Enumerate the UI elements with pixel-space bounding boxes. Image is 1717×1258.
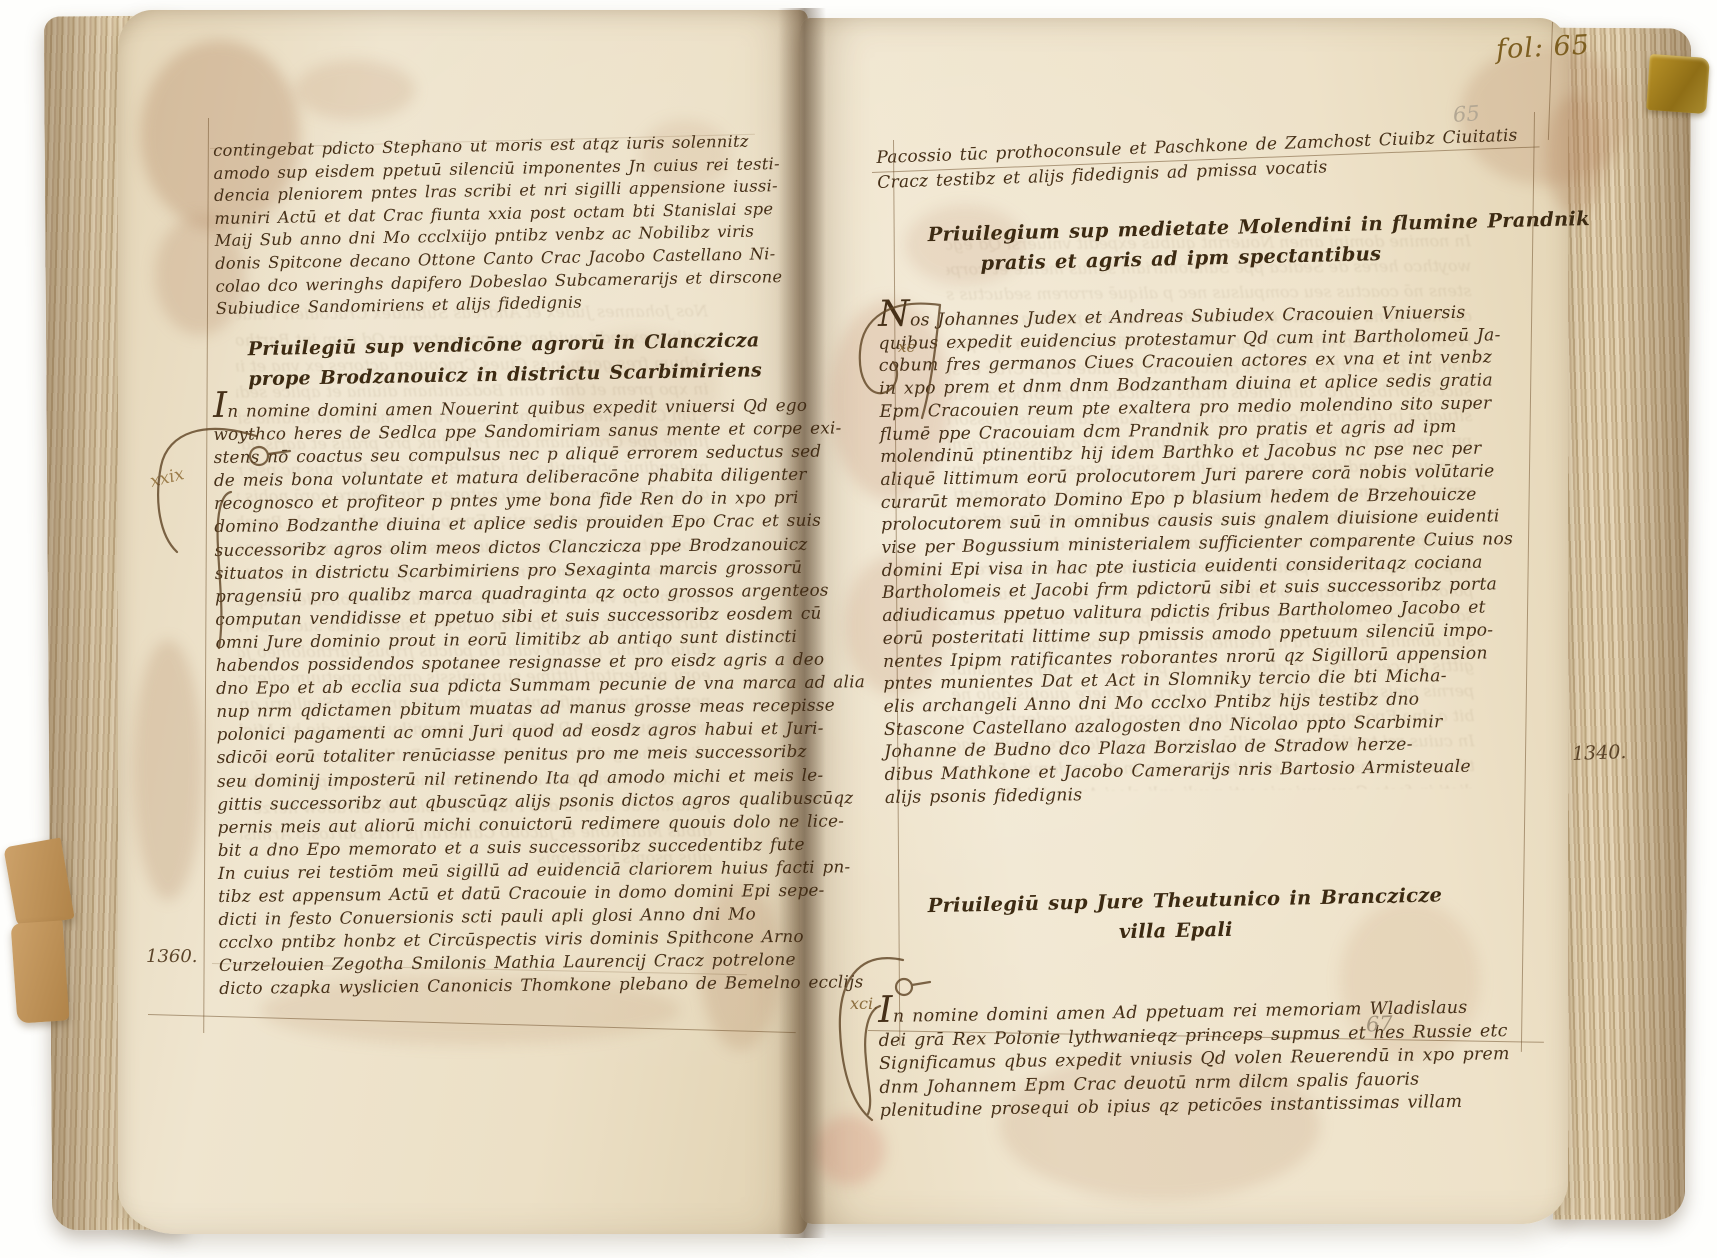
right-page-section-heading-2: Priuilegiū sup Jure Theutunico in Brancz…	[927, 881, 1423, 951]
marginal-year-1340: 1340.	[1572, 741, 1627, 765]
marginal-numeral-xci: xci.	[850, 994, 878, 1013]
folio-number-ink: fol: 65	[1495, 30, 1590, 66]
folio-number-pencil: 65	[1452, 101, 1480, 127]
binding-clasp	[1646, 54, 1710, 114]
marginal-year-1360: 1360.	[146, 946, 198, 967]
right-page-charter-text-1: Nos Johannes Judex et Andreas Subiudex C…	[878, 295, 1540, 810]
right-page-section-heading-1: Priuilegium sup medietate Molendini in f…	[927, 208, 1433, 280]
binding-board-corner	[11, 920, 70, 1023]
open-manuscript-photo: Nos Johannes Judex et Andreas Subiudex C…	[0, 0, 1717, 1258]
right-page-charter-text-2: In nomine domini amen Ad ppetuam rei mem…	[878, 990, 1535, 1124]
left-page-opening-paragraph: contingebat pdicto Stephano ut moris est…	[213, 130, 761, 320]
marginal-numeral-xc: xc	[898, 338, 915, 356]
left-page-section-heading: Priuilegiū sup vendicōne agrorū in Clanc…	[248, 326, 734, 394]
page-number-pencil: 67	[1366, 1012, 1394, 1037]
left-page-charter-text: In nomine domini amen Nouerint quibus ex…	[213, 390, 769, 1000]
